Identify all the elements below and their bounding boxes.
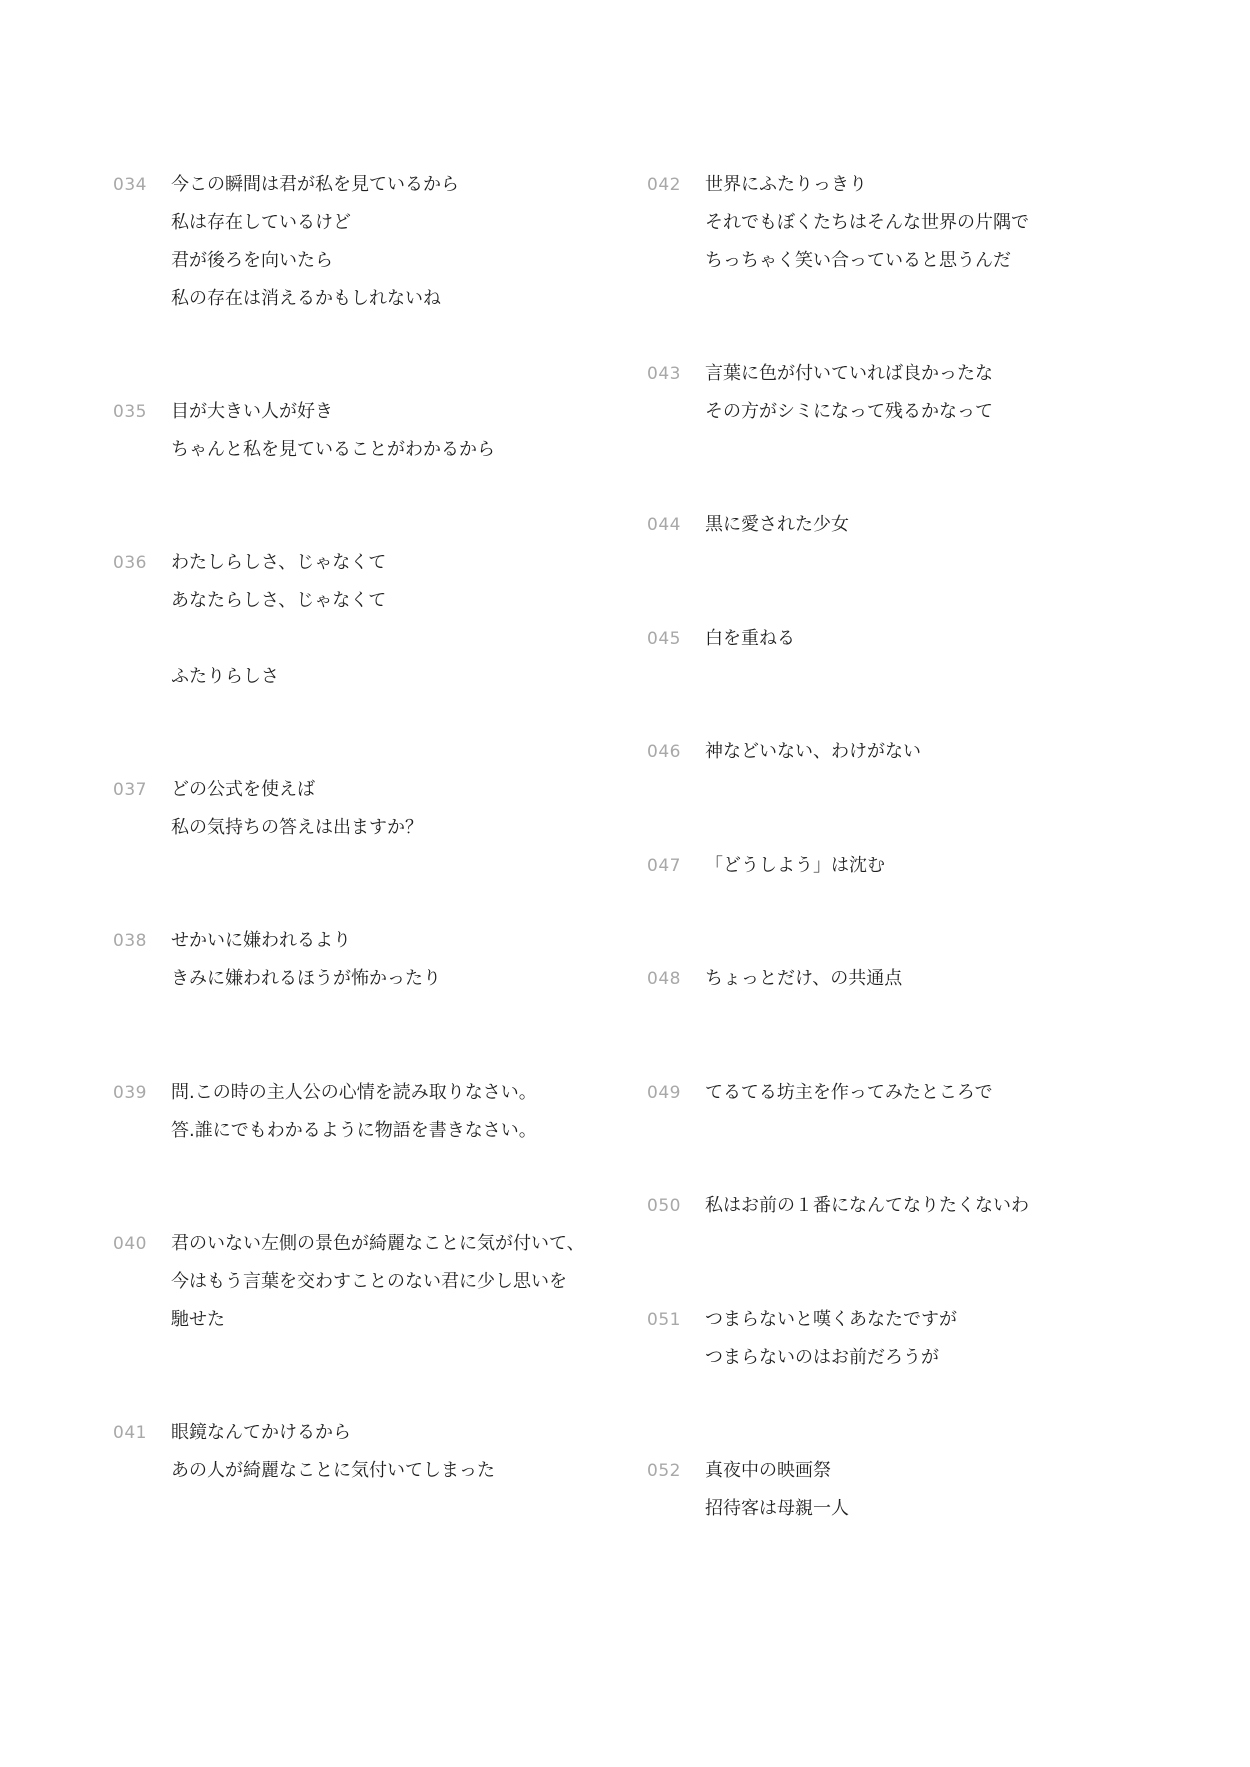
entry-line: 今はもう言葉を交わすことのない君に少し思いを	[171, 1263, 585, 1301]
entry-line: 私の気持ちの答えは出ますか？	[171, 809, 423, 847]
entry-line: 今この瞬間は君が私を見ているから	[171, 166, 459, 204]
entry-text: 白を重ねる	[705, 620, 795, 658]
entry-line: つまらないのはお前だろうが	[705, 1339, 957, 1377]
entry-line	[171, 620, 386, 658]
entry-number: 042	[647, 166, 705, 204]
entry-line: 神などいない、わけがない	[705, 733, 921, 771]
entry-text: 真夜中の映画祭招待客は母親一人	[705, 1452, 849, 1528]
entry-number: 048	[647, 960, 705, 998]
entry-text: 「どうしよう」は沈む	[705, 847, 885, 885]
poem-entry: 043言葉に色が付いていれば良かったなその方がシミになって残るかなって	[647, 355, 993, 431]
entry-line: 君が後ろを向いたら	[171, 242, 459, 280]
entry-number: 043	[647, 355, 705, 393]
entry-text: 私はお前の１番になんてなりたくないわ	[705, 1187, 1029, 1225]
entry-line: どの公式を使えば	[171, 771, 423, 809]
entry-number: 041	[113, 1414, 171, 1452]
entry-line: 黒に愛された少女	[705, 506, 849, 544]
entry-text: 君のいない左側の景色が綺麗なことに気が付いて、今はもう言葉を交わすことのない君に…	[171, 1225, 585, 1339]
poem-entry: 035目が大きい人が好きちゃんと私を見ていることがわかるから	[113, 393, 495, 469]
entry-line: ちょっとだけ、の共通点	[705, 960, 902, 998]
poem-entry: 037どの公式を使えば私の気持ちの答えは出ますか？	[113, 771, 423, 847]
poem-entry: 051つまらないと嘆くあなたですがつまらないのはお前だろうが	[647, 1301, 957, 1377]
entry-line: 私はお前の１番になんてなりたくないわ	[705, 1187, 1029, 1225]
entry-number: 034	[113, 166, 171, 204]
entry-line: それでもぼくたちはそんな世界の片隅で	[705, 204, 1029, 242]
poem-entry: 041眼鏡なんてかけるからあの人が綺麗なことに気付いてしまった	[113, 1414, 495, 1490]
entry-line: 言葉に色が付いていれば良かったな	[705, 355, 993, 393]
entry-line: あの人が綺麗なことに気付いてしまった	[171, 1452, 495, 1490]
entry-number: 044	[647, 506, 705, 544]
entry-text: つまらないと嘆くあなたですがつまらないのはお前だろうが	[705, 1301, 957, 1377]
entry-number: 039	[113, 1074, 171, 1112]
entry-line: つまらないと嘆くあなたですが	[705, 1301, 957, 1339]
entry-line: 目が大きい人が好き	[171, 393, 495, 431]
entry-line: 眼鏡なんてかけるから	[171, 1414, 495, 1452]
poem-entry: 034今この瞬間は君が私を見ているから私は存在しているけど君が後ろを向いたら私の…	[113, 166, 459, 318]
entry-number: 050	[647, 1187, 705, 1225]
entry-line: きみに嫌われるほうが怖かったり	[171, 960, 441, 998]
entry-text: せかいに嫌われるよりきみに嫌われるほうが怖かったり	[171, 922, 441, 998]
poem-entry: 039問.この時の主人公の心情を読み取りなさい。答.誰にでもわかるように物語を書…	[113, 1074, 537, 1150]
entry-line: 答.誰にでもわかるように物語を書きなさい。	[171, 1112, 537, 1150]
document-page: 034今この瞬間は君が私を見ているから私は存在しているけど君が後ろを向いたら私の…	[0, 0, 1250, 1767]
poem-entry: 050私はお前の１番になんてなりたくないわ	[647, 1187, 1029, 1225]
entry-line: わたしらしさ、じゃなくて	[171, 544, 386, 582]
poem-entry: 040君のいない左側の景色が綺麗なことに気が付いて、今はもう言葉を交わすことのな…	[113, 1225, 585, 1339]
poem-entry: 047「どうしよう」は沈む	[647, 847, 885, 885]
entry-line: 世界にふたりっきり	[705, 166, 1029, 204]
entry-number: 040	[113, 1225, 171, 1263]
entry-line: 馳せた	[171, 1301, 585, 1339]
entry-line: 真夜中の映画祭	[705, 1452, 849, 1490]
poem-entry: 045白を重ねる	[647, 620, 795, 658]
poem-entry: 042世界にふたりっきりそれでもぼくたちはそんな世界の片隅でちっちゃく笑い合って…	[647, 166, 1029, 280]
entry-text: ちょっとだけ、の共通点	[705, 960, 902, 998]
entry-text: わたしらしさ、じゃなくてあなたらしさ、じゃなくてふたりらしさ	[171, 544, 386, 696]
entry-number: 045	[647, 620, 705, 658]
poem-entry: 036わたしらしさ、じゃなくてあなたらしさ、じゃなくてふたりらしさ	[113, 544, 386, 696]
entry-line: 私の存在は消えるかもしれないね	[171, 280, 459, 318]
entry-text: 言葉に色が付いていれば良かったなその方がシミになって残るかなって	[705, 355, 993, 431]
entry-line: ふたりらしさ	[171, 658, 386, 696]
entry-number: 047	[647, 847, 705, 885]
poem-entry: 052真夜中の映画祭招待客は母親一人	[647, 1452, 849, 1528]
entry-line: 問.この時の主人公の心情を読み取りなさい。	[171, 1074, 537, 1112]
entry-line: 「どうしよう」は沈む	[705, 847, 885, 885]
entry-text: 今この瞬間は君が私を見ているから私は存在しているけど君が後ろを向いたら私の存在は…	[171, 166, 459, 318]
entry-line: 白を重ねる	[705, 620, 795, 658]
poem-entry: 046神などいない、わけがない	[647, 733, 921, 771]
entry-text: 黒に愛された少女	[705, 506, 849, 544]
poem-entry: 048ちょっとだけ、の共通点	[647, 960, 902, 998]
entry-line: その方がシミになって残るかなって	[705, 393, 993, 431]
poem-entry: 038せかいに嫌われるよりきみに嫌われるほうが怖かったり	[113, 922, 441, 998]
entry-line: あなたらしさ、じゃなくて	[171, 582, 386, 620]
entry-number: 038	[113, 922, 171, 960]
entry-text: 世界にふたりっきりそれでもぼくたちはそんな世界の片隅でちっちゃく笑い合っていると…	[705, 166, 1029, 280]
entry-line: てるてる坊主を作ってみたところで	[705, 1074, 993, 1112]
poem-entry: 044黒に愛された少女	[647, 506, 849, 544]
entry-number: 046	[647, 733, 705, 771]
entry-number: 049	[647, 1074, 705, 1112]
entry-text: 神などいない、わけがない	[705, 733, 921, 771]
entry-number: 052	[647, 1452, 705, 1490]
entry-line: 招待客は母親一人	[705, 1490, 849, 1528]
entry-text: 眼鏡なんてかけるからあの人が綺麗なことに気付いてしまった	[171, 1414, 495, 1490]
poem-entry: 049てるてる坊主を作ってみたところで	[647, 1074, 993, 1112]
entry-line: せかいに嫌われるより	[171, 922, 441, 960]
entry-text: どの公式を使えば私の気持ちの答えは出ますか？	[171, 771, 423, 847]
entry-text: 目が大きい人が好きちゃんと私を見ていることがわかるから	[171, 393, 495, 469]
entry-number: 035	[113, 393, 171, 431]
entry-number: 036	[113, 544, 171, 582]
entry-text: 問.この時の主人公の心情を読み取りなさい。答.誰にでもわかるように物語を書きなさ…	[171, 1074, 537, 1150]
entry-line: 君のいない左側の景色が綺麗なことに気が付いて、	[171, 1225, 585, 1263]
entry-line: ちっちゃく笑い合っていると思うんだ	[705, 242, 1029, 280]
entry-line: ちゃんと私を見ていることがわかるから	[171, 431, 495, 469]
entry-number: 051	[647, 1301, 705, 1339]
entry-text: てるてる坊主を作ってみたところで	[705, 1074, 993, 1112]
entry-number: 037	[113, 771, 171, 809]
entry-line: 私は存在しているけど	[171, 204, 459, 242]
